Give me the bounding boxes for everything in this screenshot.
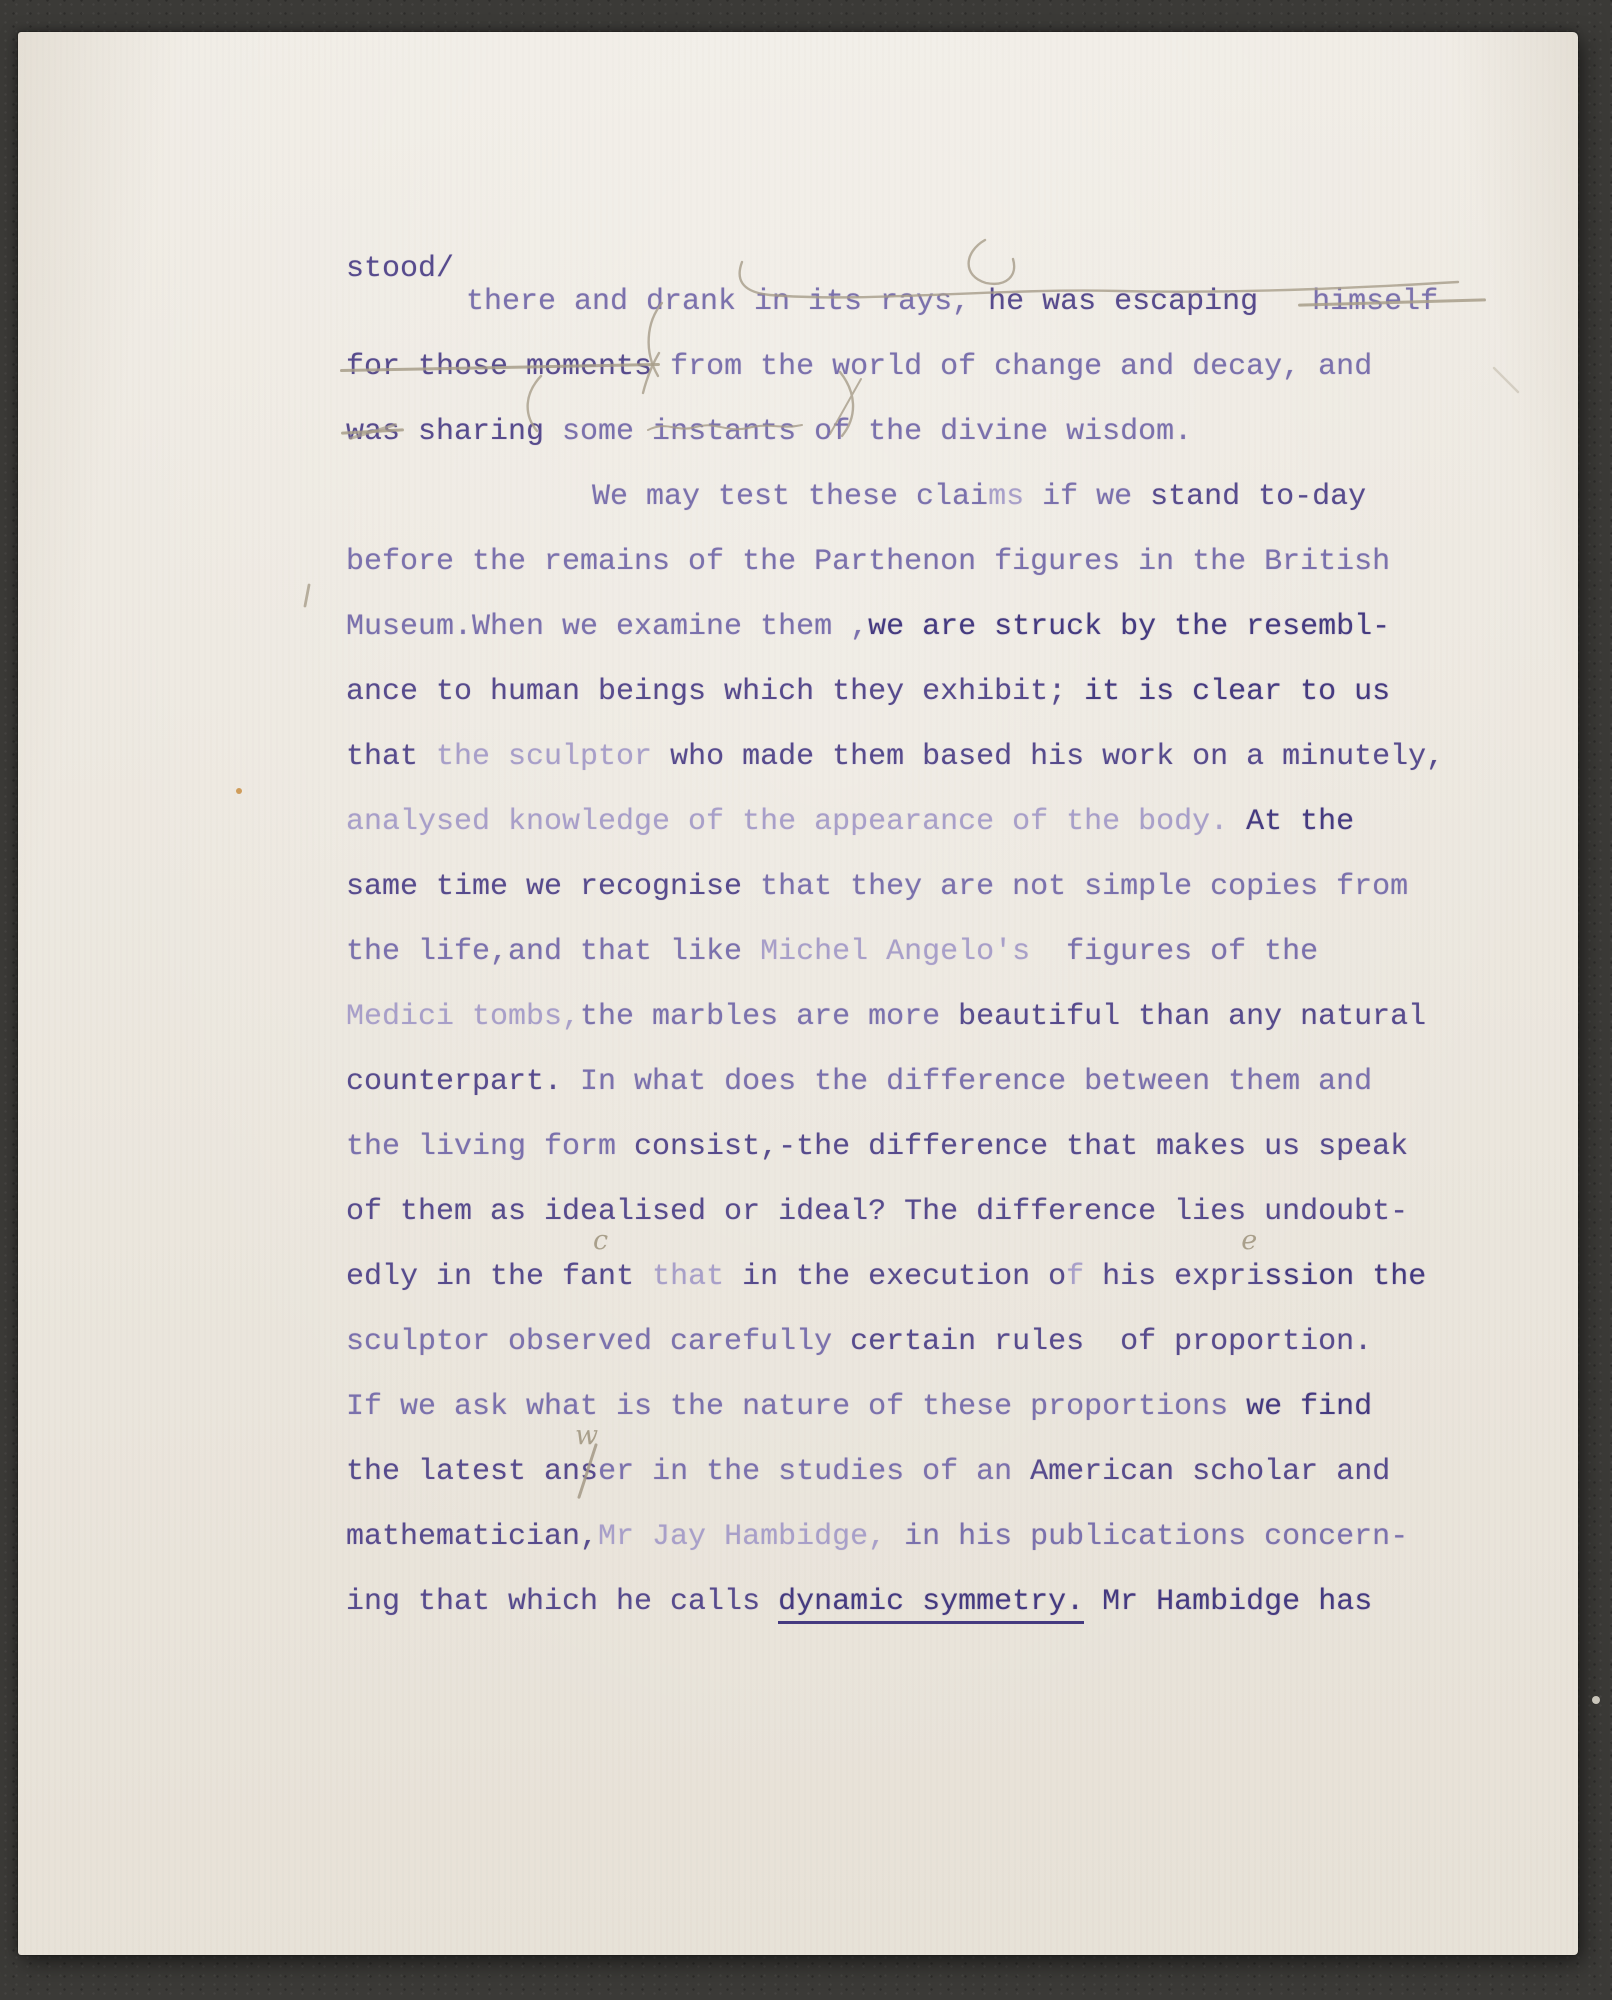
text-segment bbox=[850, 415, 868, 449]
typewritten-line: counterpart. In what does the difference… bbox=[346, 1062, 1372, 1102]
text-segment: stand to-day bbox=[1150, 480, 1366, 514]
typewritten-line: We may test these claims if we stand to-… bbox=[592, 477, 1366, 517]
text-segment: himself bbox=[1312, 282, 1438, 322]
text-segment: he was escaping bbox=[988, 285, 1312, 319]
text-segment: same time we recognise bbox=[346, 870, 760, 904]
typewritten-line: Medici tombs,the marbles are more beauti… bbox=[346, 997, 1426, 1037]
text-segment: that bbox=[346, 740, 436, 774]
text-segment: there and drank in its rays, bbox=[466, 285, 988, 319]
typewritten-line: was sharing some instants of the divine … bbox=[346, 412, 1192, 452]
text-segment: stood/ bbox=[346, 252, 454, 286]
text-segment: ance to human beings which they exhibit; bbox=[346, 675, 1084, 709]
text-segment: his expr bbox=[1102, 1260, 1246, 1294]
white-speck bbox=[1592, 1696, 1600, 1704]
typewritten-line: the living form consist,-the difference … bbox=[346, 1127, 1408, 1167]
text-segment: figures of the bbox=[1030, 935, 1318, 969]
text-segment: ie bbox=[1246, 1257, 1264, 1297]
typewritten-line: edly in the fanct that in the execution … bbox=[346, 1257, 1426, 1297]
text-segment: the latest an bbox=[346, 1455, 580, 1489]
text-segment: analysed knowledge of the appearance of … bbox=[346, 805, 1246, 839]
typewritten-line: analysed knowledge of the appearance of … bbox=[346, 802, 1354, 842]
text-segment: we are struck by the resembl- bbox=[868, 610, 1390, 644]
typewritten-line: If we ask what is the nature of these pr… bbox=[346, 1387, 1372, 1427]
text-segment: f bbox=[1066, 1260, 1102, 1294]
text-segment: in his publications concern- bbox=[904, 1520, 1408, 1554]
typewritten-line: ance to human beings which they exhibit;… bbox=[346, 672, 1390, 712]
text-segment: Mr Hambidge has bbox=[1102, 1585, 1372, 1619]
text-segment: from the world of change and decay, and bbox=[670, 350, 1372, 384]
typewritten-line: stood/ bbox=[346, 249, 454, 289]
text-segment: nc bbox=[598, 1257, 616, 1297]
text-segment: Museum.When we examine them , bbox=[346, 610, 868, 644]
typewritten-text: stood/there and drank in its rays, he wa… bbox=[18, 32, 1578, 1955]
text-segment: edly in the fa bbox=[346, 1260, 598, 1294]
text-segment: we find bbox=[1246, 1390, 1372, 1424]
text-segment: in the execution o bbox=[742, 1260, 1066, 1294]
text-segment: ssion the bbox=[1264, 1260, 1426, 1294]
text-segment: it is clear to us bbox=[1084, 675, 1390, 709]
text-segment: At the bbox=[1246, 805, 1354, 839]
text-segment: ms bbox=[988, 480, 1024, 514]
text-segment: sharing bbox=[400, 415, 562, 449]
typewritten-line: there and drank in its rays, he was esca… bbox=[466, 282, 1438, 322]
text-segment: some instants of bbox=[562, 415, 850, 449]
text-segment: consist,-the difference that makes us sp… bbox=[634, 1130, 1408, 1164]
text-segment: We may test these clai bbox=[592, 480, 988, 514]
text-segment bbox=[1084, 1585, 1102, 1619]
text-segment: certain rules of proportion. bbox=[850, 1325, 1372, 1359]
text-segment: counterpart. bbox=[346, 1065, 580, 1099]
text-segment: that they are not simple copies from bbox=[760, 870, 1408, 904]
text-segment: before the remains of the Parthenon figu… bbox=[346, 545, 1390, 579]
text-segment: t bbox=[616, 1260, 652, 1294]
typewritten-line: sculptor observed carefully certain rule… bbox=[346, 1322, 1372, 1362]
typewritten-line: the life,and that like Michel Angelo's f… bbox=[346, 932, 1318, 972]
typewritten-line: ing that which he calls dynamic symmetry… bbox=[346, 1582, 1372, 1622]
text-segment: beautiful than any natural bbox=[958, 1000, 1426, 1034]
text-segment: who made them based his work on a minute… bbox=[670, 740, 1444, 774]
pencil-inserted-letter: w bbox=[575, 1422, 598, 1449]
text-segment: ing that which he calls bbox=[346, 1585, 778, 1619]
text-segment: the life,and that like bbox=[346, 935, 760, 969]
text-segment: American scholar and bbox=[1030, 1455, 1390, 1489]
text-segment: for those moments bbox=[346, 347, 652, 387]
text-segment: sculptor observed carefully bbox=[346, 1325, 850, 1359]
text-segment: that bbox=[652, 1260, 742, 1294]
manuscript-page: stood/there and drank in its rays, he wa… bbox=[18, 32, 1578, 1955]
text-segment: of them as idealised or ideal? The diffe… bbox=[346, 1195, 1408, 1229]
pencil-inserted-letter: e bbox=[1241, 1227, 1257, 1254]
text-segment: If we ask what is the nature of these pr… bbox=[346, 1390, 1246, 1424]
text-segment: the living form bbox=[346, 1130, 634, 1164]
typewritten-line: that the sculptor who made them based hi… bbox=[346, 737, 1444, 777]
text-segment: Mr Jay Hambidge, bbox=[598, 1520, 904, 1554]
text-segment: the sculptor bbox=[436, 740, 670, 774]
text-segment: mathematician, bbox=[346, 1520, 598, 1554]
text-segment: sw bbox=[580, 1452, 598, 1492]
text-segment: if we bbox=[1024, 480, 1150, 514]
text-segment bbox=[652, 350, 670, 384]
text-segment: In what does the difference between them… bbox=[580, 1065, 1372, 1099]
text-segment: Michel Angelo's bbox=[760, 935, 1030, 969]
pencil-inserted-letter: c bbox=[593, 1227, 608, 1254]
text-segment: er in the studies of an bbox=[598, 1455, 1030, 1489]
typewritten-line: the latest answer in the studies of an A… bbox=[346, 1452, 1390, 1492]
text-segment: was bbox=[346, 412, 400, 452]
text-segment: Medici tombs, bbox=[346, 1000, 580, 1034]
typewritten-line: before the remains of the Parthenon figu… bbox=[346, 542, 1390, 582]
typewritten-line: for those moments from the world of chan… bbox=[346, 347, 1372, 387]
typewritten-line: Museum.When we examine them ,we are stru… bbox=[346, 607, 1390, 647]
typewritten-line: same time we recognise that they are not… bbox=[346, 867, 1408, 907]
text-segment: the marbles are more bbox=[580, 1000, 958, 1034]
typewritten-line: mathematician,Mr Jay Hambidge, in his pu… bbox=[346, 1517, 1408, 1557]
text-segment: dynamic symmetry. bbox=[778, 1585, 1084, 1624]
text-segment: the divine wisdom. bbox=[868, 415, 1192, 449]
photo-background: stood/there and drank in its rays, he wa… bbox=[0, 0, 1612, 2000]
